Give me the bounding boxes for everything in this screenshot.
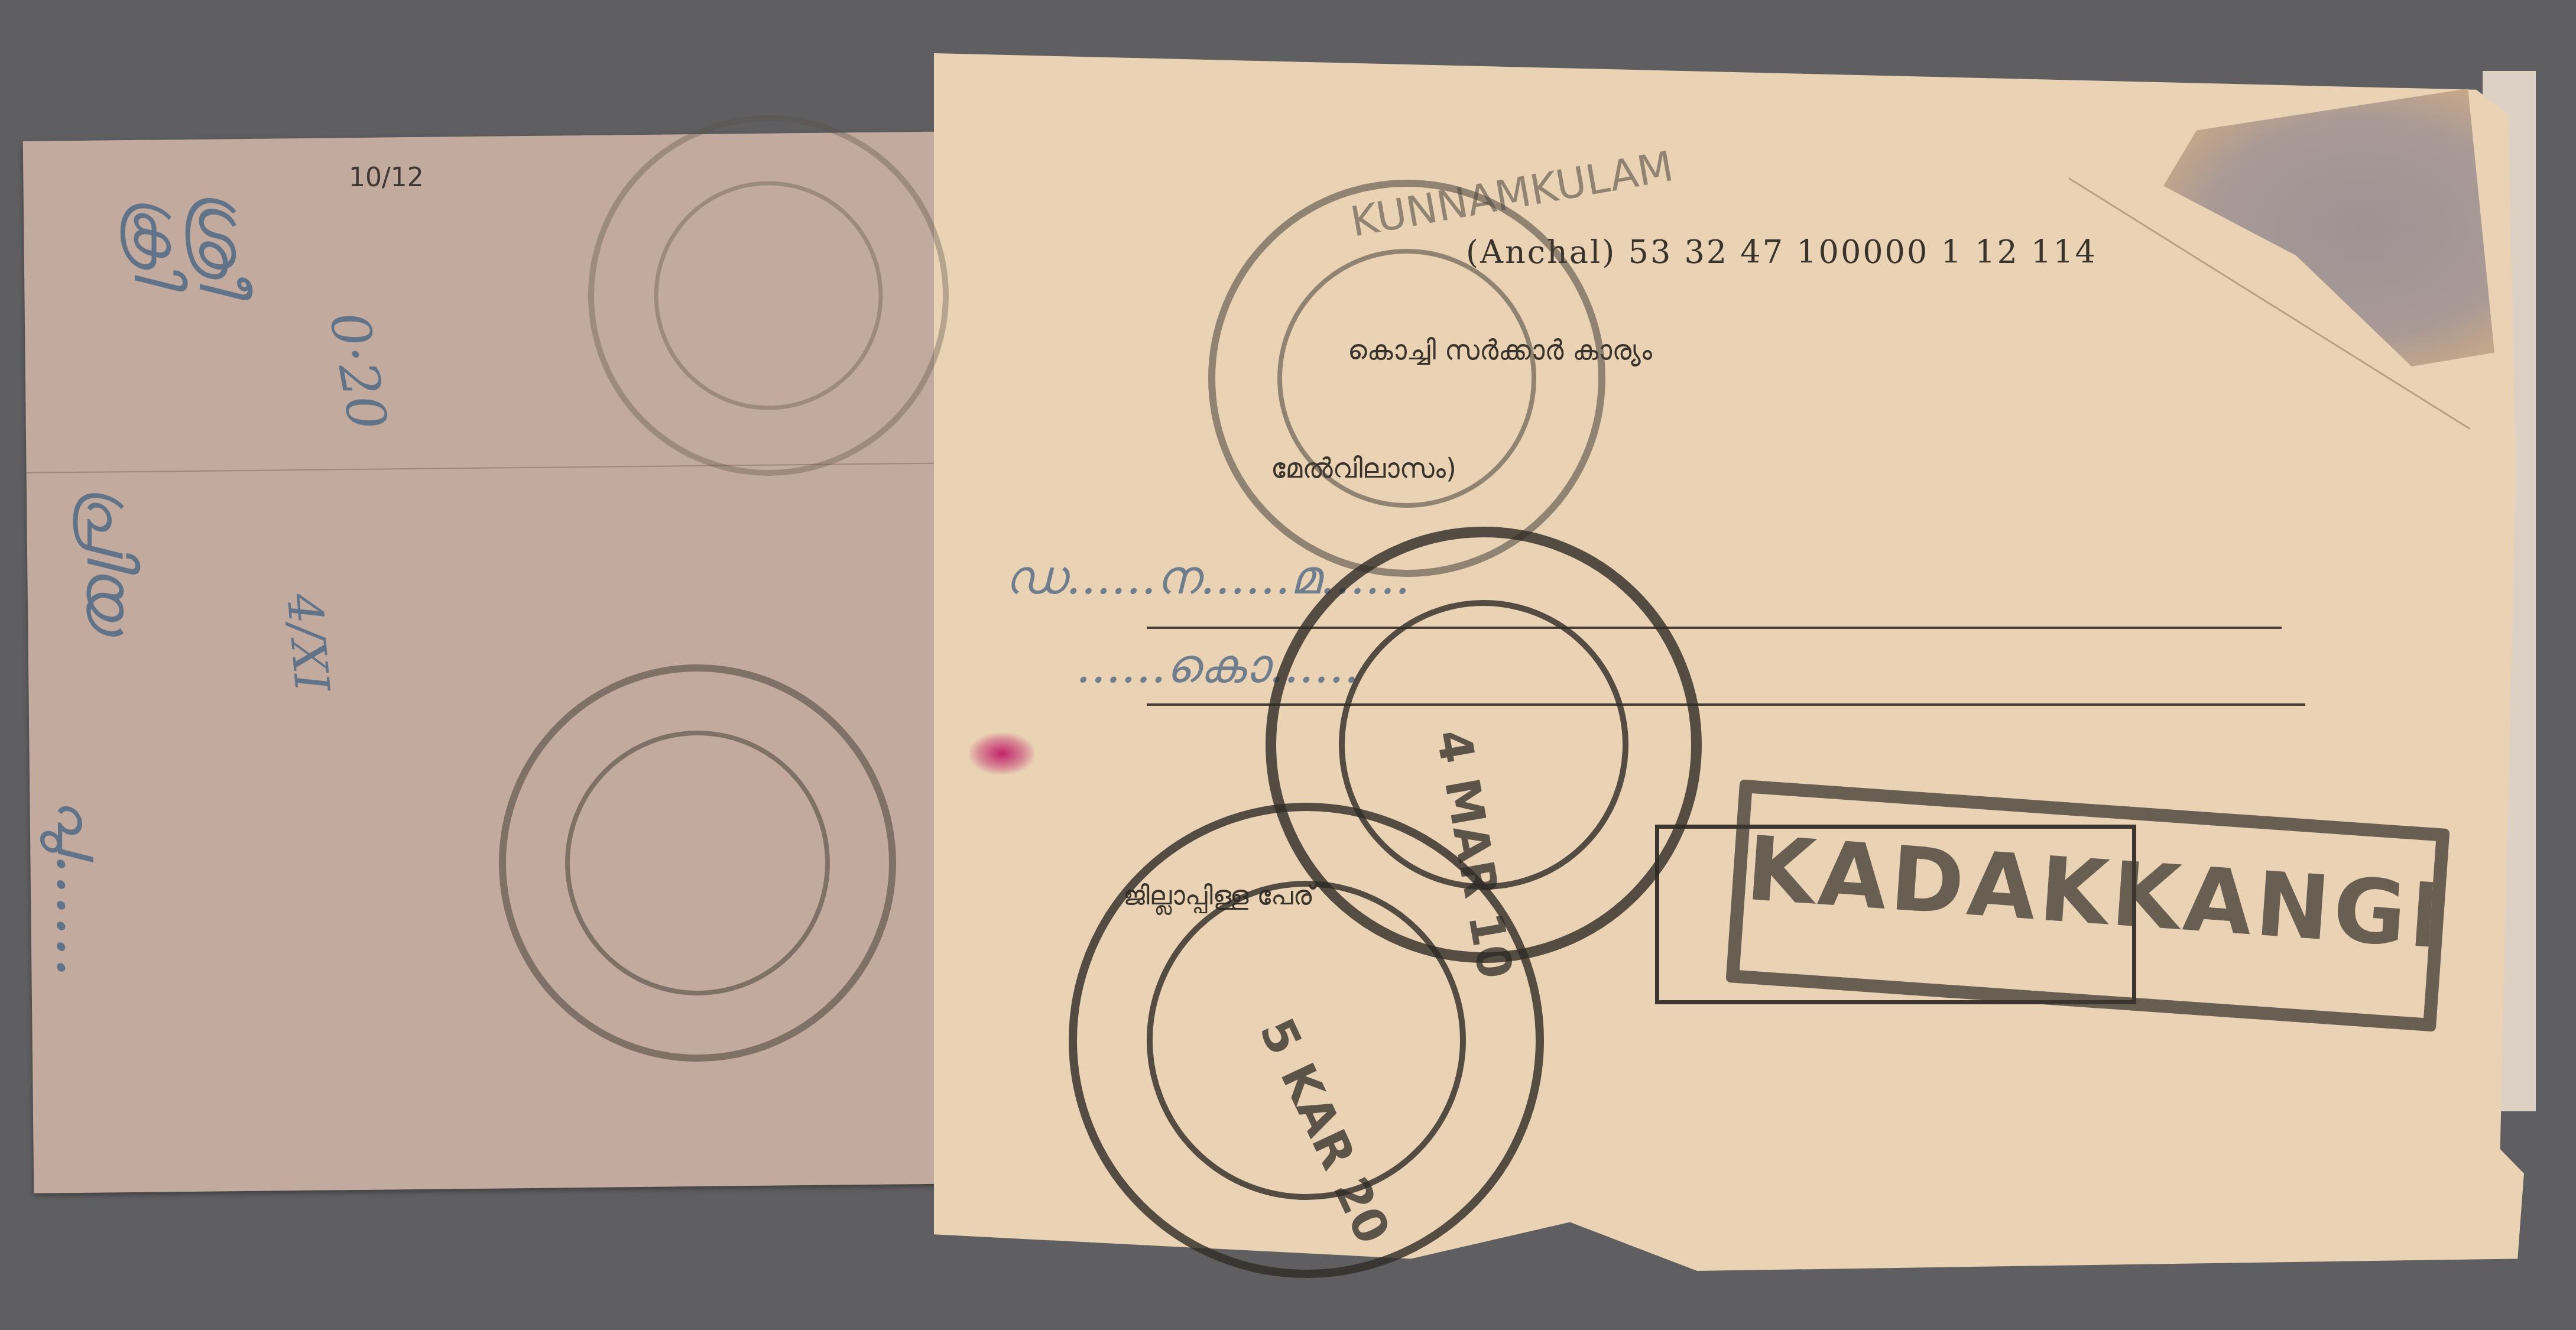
address-rule-2 xyxy=(1147,703,2305,706)
handwritten-date: 4/XI xyxy=(276,591,339,694)
handwritten-script-4: പു...... xyxy=(41,798,118,978)
red-ink-smudge xyxy=(969,733,1034,774)
handwritten-script-3: പ്രിയ xyxy=(71,485,148,631)
pencil-note: 10/12 xyxy=(349,163,424,193)
address-rule-1 xyxy=(1147,627,2282,629)
handwritten-script-2: ക്രി xyxy=(118,195,195,281)
handwritten-address-2: ......കൊ...... xyxy=(1076,638,1359,694)
sender-label: ജില്ലാപ്പിള്ള പേര് xyxy=(1123,881,1314,911)
anchal-header: (Anchal) 53 32 47 100000 1 12 114 xyxy=(1466,233,2097,271)
cover-fold-line xyxy=(27,462,1026,473)
cochin-sarkar-line: കൊച്ചി സർക്കാർ കാര്യം xyxy=(1348,334,1652,367)
address-label: മേൽവിലാസം) xyxy=(1271,452,1456,485)
back-cover xyxy=(23,131,1033,1193)
handwritten-address-1: ഡ......ന......മ...... xyxy=(1005,550,1410,605)
